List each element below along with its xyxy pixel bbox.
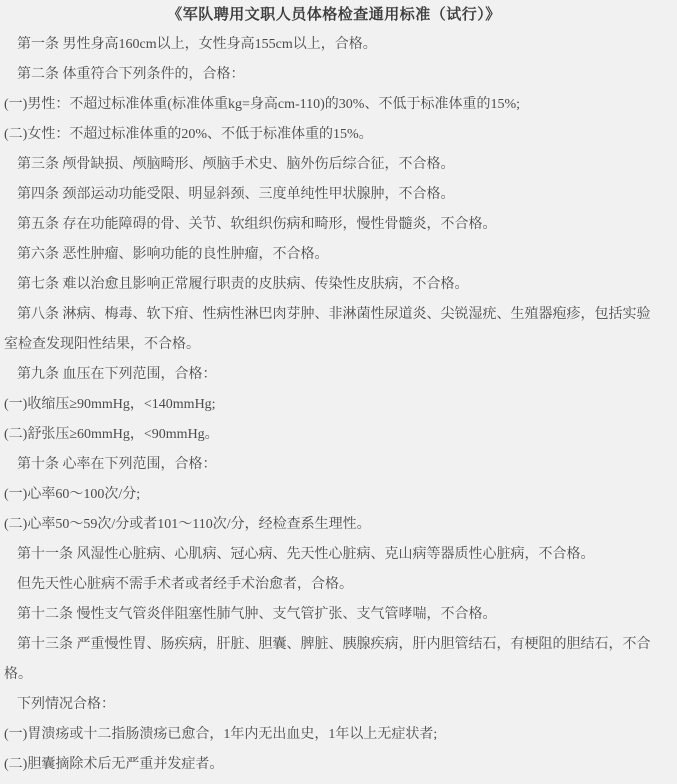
document-page: 《军队聘用文职人员体格检查通用标准（试行）》 第一条 男性身高160cm以上，女… — [0, 0, 677, 784]
document-paragraph: 第十二条 慢性支气管炎伴阻塞性肺气肿、支气管扩张、支气管哮喘，不合格。 — [4, 600, 664, 630]
document-paragraph: 第七条 难以治愈且影响正常履行职责的皮肤病、传染性皮肤病，不合格。 — [4, 270, 664, 300]
document-paragraph: 第二条 体重符合下列条件的，合格： — [4, 60, 664, 90]
document-title: 《军队聘用文职人员体格检查通用标准（试行）》 — [4, 0, 664, 30]
document-paragraph: 但先天性心脏病不需手术者或者经手术治愈者，合格。 — [4, 570, 664, 600]
document-paragraph: 下列情况合格： — [4, 690, 664, 720]
document-paragraph: (二)女性：不超过标准体重的20%、不低于标准体重的15%。 — [4, 120, 664, 150]
document-paragraph: (一)收缩压≥90mmHg，<140mmHg; — [4, 390, 664, 420]
document-paragraph: (一)心率60～100次/分; — [4, 480, 664, 510]
document-paragraph: (二)心率50～59次/分或者101～110次/分，经检查系生理性。 — [4, 510, 664, 540]
document-paragraph: 第五条 存在功能障碍的骨、关节、软组织伤病和畸形，慢性骨髓炎，不合格。 — [4, 210, 664, 240]
document-paragraph: 第十三条 严重慢性胃、肠疾病，肝脏、胆囊、脾脏、胰腺疾病，肝内胆管结石，有梗阻的… — [4, 630, 664, 690]
document-paragraph: 第十条 心率在下列范围，合格： — [4, 450, 664, 480]
document-paragraph: 第九条 血压在下列范围，合格： — [4, 360, 664, 390]
document-paragraph: (二)舒张压≥60mmHg，<90mmHg。 — [4, 420, 664, 450]
document-body: 第一条 男性身高160cm以上，女性身高155cm以上，合格。第二条 体重符合下… — [4, 30, 664, 780]
document-paragraph: 第一条 男性身高160cm以上，女性身高155cm以上，合格。 — [4, 30, 664, 60]
document-paragraph: 第十一条 风湿性心脏病、心肌病、冠心病、先天性心脏病、克山病等器质性心脏病，不合… — [4, 540, 664, 570]
document-paragraph: 第四条 颈部运动功能受限、明显斜颈、三度单纯性甲状腺肿，不合格。 — [4, 180, 664, 210]
document-paragraph: (一)胃溃疡或十二指肠溃疡已愈合，1年内无出血史，1年以上无症状者; — [4, 720, 664, 750]
document-paragraph: (一)男性：不超过标准体重(标准体重kg=身高cm-110)的30%、不低于标准… — [4, 90, 664, 120]
document-paragraph: 第三条 颅骨缺损、颅脑畸形、颅脑手术史、脑外伤后综合征，不合格。 — [4, 150, 664, 180]
document-paragraph: (二)胆囊摘除术后无严重并发症者。 — [4, 750, 664, 780]
document-paragraph: 第八条 淋病、梅毒、软下疳、性病性淋巴肉芽肿、非淋菌性尿道炎、尖锐湿疣、生殖器疱… — [4, 300, 664, 360]
document-paragraph: 第六条 恶性肿瘤、影响功能的良性肿瘤，不合格。 — [4, 240, 664, 270]
